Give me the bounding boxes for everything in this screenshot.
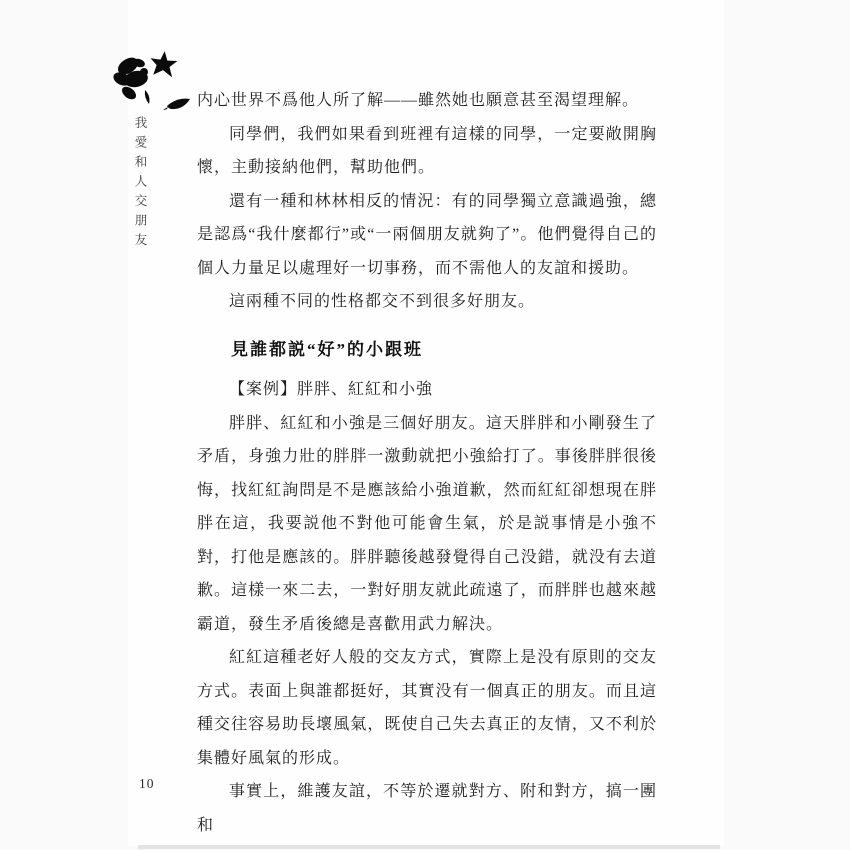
paragraph: 同學們，我們如果看到班裡有這樣的同學，一定要敞開胸懷，主動接納他們，幫助他們。 xyxy=(197,118,657,185)
spine-title: 我愛和人交朋友 xyxy=(131,116,149,286)
section-heading: 見誰都説“好”的小跟班 xyxy=(197,333,657,367)
flower-star-ornament-icon xyxy=(111,50,195,126)
paragraph: 胖胖、紅紅和小強是三個好朋友。這天胖胖和小剛發生了矛盾，身強力壯的胖胖一激動就把… xyxy=(197,407,657,642)
page-bottom-edge xyxy=(138,845,720,849)
paragraph: 紅紅這種老好人般的交友方式，實際上是没有原則的交友方式。表面上與誰都挺好，其實没… xyxy=(197,641,657,775)
paragraph: 這兩種不同的性格都交不到很多好朋友。 xyxy=(197,285,657,319)
case-heading: 【案例】胖胖、紅紅和小強 xyxy=(197,373,657,407)
body-text: 内心世界不爲他人所了解——雖然她也願意甚至渴望理解。 同學們，我們如果看到班裡有… xyxy=(197,84,657,842)
page-number: 10 xyxy=(139,776,155,792)
book-page-scan: { "page": { "number": "10", "spine_title… xyxy=(0,0,850,850)
paragraph-continuation: 内心世界不爲他人所了解——雖然她也願意甚至渴望理解。 xyxy=(197,84,657,118)
paragraph: 還有一種和林林相反的情況：有的同學獨立意識過強，總是認爲“我什麼都行”或“一兩個… xyxy=(197,185,657,286)
paragraph: 事實上，維護友誼，不等於遷就對方、附和對方，搞一團和 xyxy=(197,775,657,842)
